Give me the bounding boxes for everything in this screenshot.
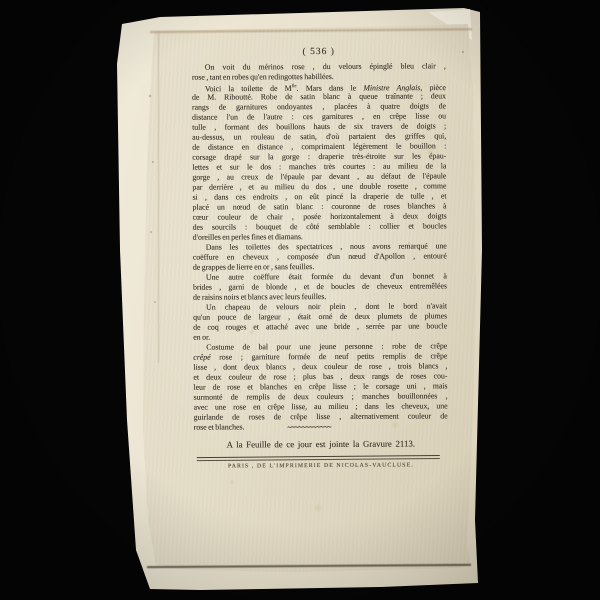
body-line-segment: brides , garni de blonde , et de boucles…: [193, 281, 447, 291]
body-line-segment: d'oreilles en perles fines et diamans.: [193, 232, 303, 242]
body-line-segment: leur de rose et blanches en crêpe lisse …: [193, 381, 447, 391]
printer-imprint: PARIS , DE L'IMPRIMERIE DE NICOLAS-VAUCL…: [179, 462, 463, 469]
body-line-segment: cœur couleur de chair , posée horizontal…: [193, 211, 447, 221]
page-number: ( 536 ): [192, 46, 446, 57]
body-line-segment: On voit du mérinos rose , du velours épi…: [205, 61, 446, 71]
body-line-segment: lisse , dont deux blancs , deux couleur …: [193, 361, 447, 371]
body-line-segment: si , dans ces endroits , on eût pincé la…: [192, 191, 446, 201]
body-line-segment: surmonté de remplis de deux couleurs ; m…: [193, 391, 447, 401]
body-line-segment: gorge , au creux de l'épaule par devant …: [192, 171, 446, 181]
body-line-segment: de grappes de lierre en or , sans feuill…: [193, 262, 314, 272]
rule-line-thin: [197, 458, 440, 461]
body-line: brides , garni de blonde , et de boucles…: [193, 281, 447, 292]
body-line-segment: guirlande de roses de crêpe lisse , alte…: [194, 411, 448, 421]
body-line-segment: placé un nœud de satin blanc : couronne …: [192, 201, 446, 211]
double-rule: [197, 455, 440, 461]
body-line-segment: de coq rouges et attaché avec une bride …: [193, 321, 447, 331]
body-line-segment: Dans les toilettes des spectatrices , no…: [206, 241, 447, 251]
body-line: On voit du mérinos rose , du velours épi…: [192, 61, 446, 72]
body-line-segment: crêpé: [193, 353, 210, 362]
body-line-segment: de raisins noirs et blancs avec leurs fe…: [193, 292, 326, 302]
body-line-segment: rose , tant en robes qu'en redingottes h…: [192, 72, 334, 82]
body-line-segment: coëffure en cheveux , composée d'un nœud…: [193, 251, 447, 261]
body-line-segment: Un chapeau de velours noir plein , dont …: [206, 301, 447, 311]
body-line-segment: tulle , formant des bouillons hauts de s…: [192, 121, 446, 131]
body-line-segment: en or.: [193, 333, 210, 342]
body-line-segment: de distance en distance , comprimaient l…: [192, 141, 446, 151]
body-line-segment: distance l'un de l'autre : ces garniture…: [192, 111, 446, 121]
body-line-segment: et deux couleur de rose ; plus bas , deu…: [193, 371, 447, 381]
body-line-segment: rangs de garnitures ondoyantes , placées…: [192, 101, 446, 111]
body-line-segment: lettes et sur le dos : manches très cour…: [192, 161, 446, 171]
engraving-notice: A la Feuille de ce jour est jointe la Gr…: [194, 438, 448, 449]
body-line-segment: Costume de bal pour une jeune personne :…: [206, 341, 447, 351]
body-line-segment: de M. Riboutté. Robe de satin blanc à qu…: [192, 91, 446, 101]
squiggle-ornament: ~~~~~~~~~~~~: [271, 422, 347, 434]
body-line-segment: au-dessus, un rouleau de satin, d'où par…: [192, 131, 446, 141]
body-line: coëffure en cheveux , composée d'un nœud…: [193, 251, 447, 262]
body-line-segment: qu'un pouce de largeur , était orné de d…: [193, 311, 447, 321]
page-content: ( 536 ) On voit du mérinos rose , du vel…: [0, 0, 600, 600]
body-line-segment: avec une rose en crêpe lisse, au milieu …: [194, 401, 448, 411]
body-line-segment: rose ; garniture formée de neuf petits r…: [211, 351, 448, 361]
body-line: des sourcils : bouquet de côté semblable…: [193, 221, 447, 232]
body-line-segment: Une autre coëffure était formée du devan…: [206, 271, 447, 281]
body-line: de coq rouges et attaché avec une bride …: [193, 321, 447, 332]
photo-frame: ( 536 ) On voit du mérinos rose , du vel…: [0, 0, 600, 600]
body-line-segment: des sourcils : bouquet de côté semblable…: [193, 221, 447, 231]
body-line-segment: par derrière , et au milieu du dos , une…: [192, 181, 446, 191]
body-line-segment: rose et blanches.: [194, 422, 245, 431]
body-line-segment: corsage drapé sur la gorge : draperie tr…: [192, 151, 446, 161]
body-text: On voit du mérinos rose , du velours épi…: [192, 61, 448, 432]
